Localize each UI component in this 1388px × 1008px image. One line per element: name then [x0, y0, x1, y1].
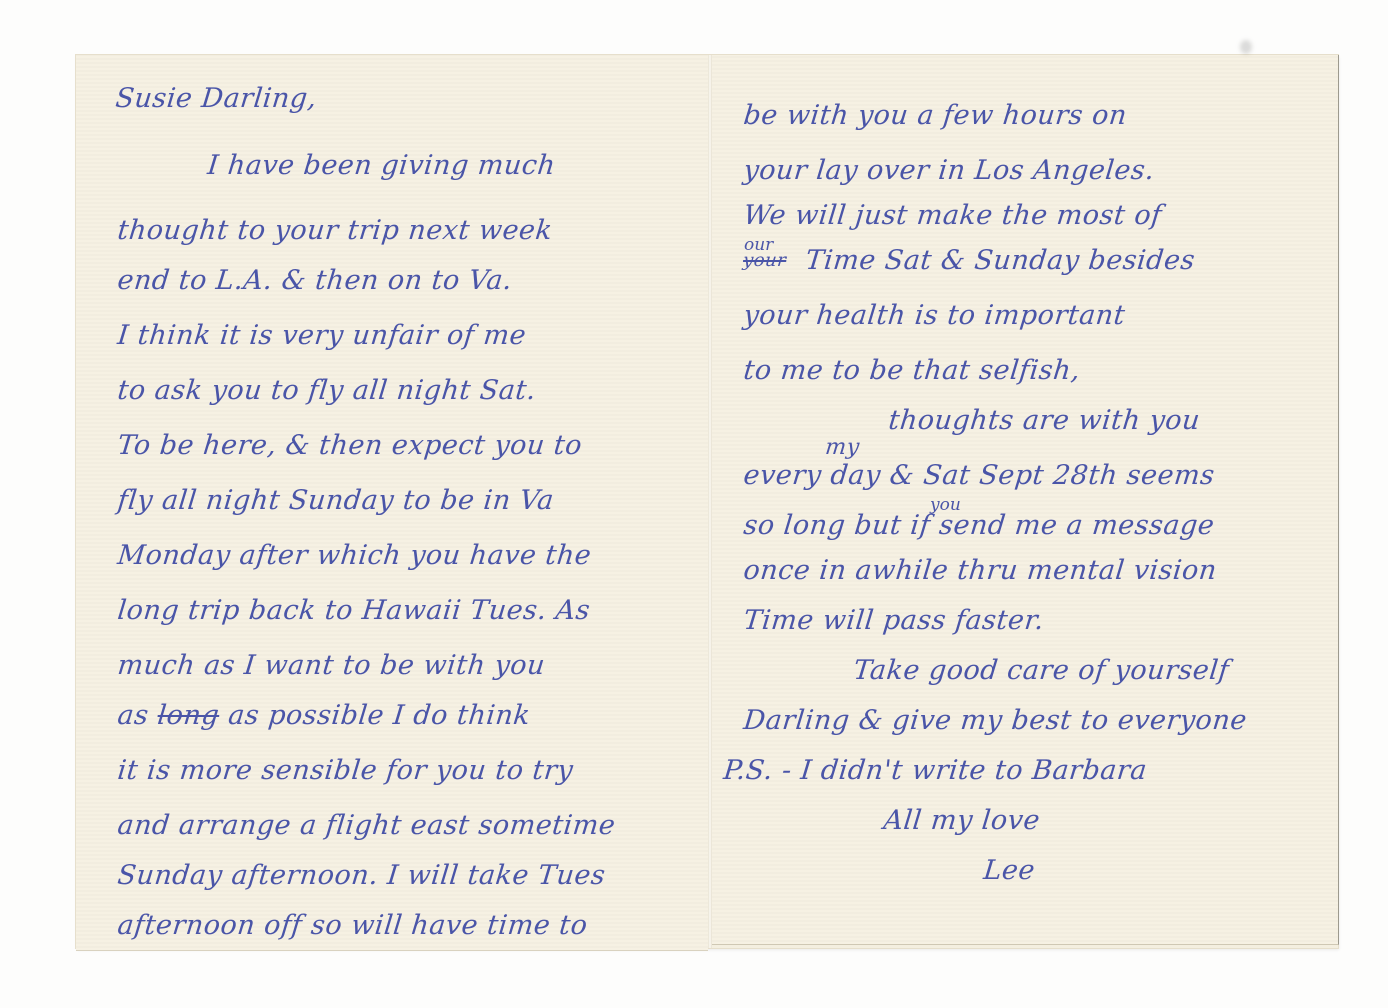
letter-line: once in awhile thru mental vision	[742, 555, 1218, 586]
paper-mark	[1240, 40, 1252, 54]
inserted-word-my: my	[824, 435, 861, 460]
letter-line: To be here, & then expect you to	[116, 430, 584, 461]
letter-line: I think it is very unfair of me	[116, 320, 528, 351]
letter-line: afternoon off so will have time to	[116, 910, 589, 941]
letter-line: long trip back to Hawaii Tues. As	[116, 595, 592, 626]
letter-line: your lay over in Los Angeles.	[742, 155, 1156, 186]
closing: All my love	[882, 805, 1042, 836]
line-suffix: as possible I do think	[218, 700, 532, 731]
letter-line: thought to your trip next week	[116, 215, 554, 246]
letter-line: I have been giving much	[206, 150, 557, 181]
letter-line: Take good care of yourself	[852, 655, 1231, 686]
letter-line: every day & Sat Sept 28th seems	[742, 460, 1216, 491]
letter-line: thoughts are with you	[887, 405, 1202, 436]
left-page: Susie Darling, I have been giving much t…	[76, 55, 708, 951]
letter-line: Darling & give my best to everyone	[742, 705, 1248, 736]
letter-line: much as I want to be with you	[116, 650, 547, 681]
letter-line: to me to be that selfish,	[742, 355, 1082, 386]
right-page: be with you a few hours on your lay over…	[712, 55, 1339, 945]
letter-line: be with you a few hours on	[742, 100, 1129, 131]
letter-line: end to L.A. & then on to Va.	[116, 265, 514, 296]
letter-line: Sunday afternoon. I will take Tues	[116, 860, 607, 891]
signature: Lee	[982, 855, 1037, 886]
letter-line: Time Sat & Sunday besides	[804, 245, 1197, 276]
letter-line: it is more sensible for you to try	[116, 755, 575, 786]
struck-word: long	[156, 700, 221, 731]
letter-line-with-strikethrough: as long as possible I do think	[116, 700, 532, 731]
salutation: Susie Darling,	[114, 83, 318, 114]
letter-line: Monday after which you have the	[116, 540, 593, 571]
line-prefix: as	[116, 700, 159, 731]
letter-line: so long but if send me a message	[742, 510, 1216, 541]
letter-line: and arrange a flight east sometime	[116, 810, 617, 841]
letter-line: your health is to important	[742, 300, 1127, 331]
struck-word: your	[742, 250, 787, 271]
letter-line: to ask you to fly all night Sat.	[116, 375, 538, 406]
letter-line: Time will pass faster.	[742, 605, 1046, 636]
letter-line: We will just make the most of	[742, 200, 1163, 231]
letter-line: fly all night Sunday to be in Va	[116, 485, 556, 516]
letter-sheet: Susie Darling, I have been giving much t…	[76, 55, 1338, 948]
postscript: P.S. - I didn't write to Barbara	[722, 755, 1149, 786]
